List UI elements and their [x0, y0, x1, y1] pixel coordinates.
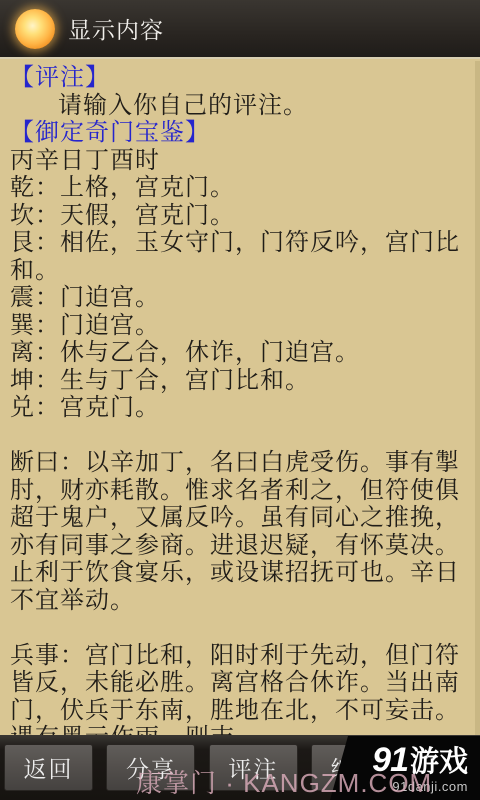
watermark-logo-wedge: 91游戏 91danji.com: [330, 736, 480, 800]
palace-line-li: 离：休与乙合，休诈，门迫宫。: [10, 339, 470, 367]
palace-line-qian: 乾：上格，宫克门。: [10, 174, 470, 202]
watermark-site-text: 91danji.com: [330, 779, 468, 794]
back-button[interactable]: 返回: [4, 744, 93, 791]
share-button[interactable]: 分享: [106, 744, 195, 791]
sun-icon: [15, 9, 55, 49]
palace-line-kan: 坎：天假，宫克门。: [10, 202, 470, 230]
content-scroll-area[interactable]: 【评注】 请输入你自己的评注。 【御定奇门宝鉴】 丙辛日丁酉时 乾：上格，宫克门…: [0, 61, 480, 735]
bottom-toolbar: 返回 分享 评注 编辑 91游戏 91danji.com: [0, 735, 480, 800]
chart-time-line: 丙辛日丁酉时: [10, 147, 470, 175]
palace-line-xun: 巽：门迫宫。: [10, 312, 470, 340]
logo-name-text: 游戏: [410, 746, 468, 778]
comment-placeholder-text: 请输入你自己的评注。: [10, 92, 470, 120]
book-section-header: 【御定奇门宝鉴】: [10, 119, 470, 147]
palace-line-zhen: 震：门迫宫。: [10, 284, 470, 312]
palace-line-gen: 艮：相佐，玉女守门，门符反吟，宫门比和。: [10, 229, 470, 284]
comment-button[interactable]: 评注: [209, 744, 298, 791]
military-paragraph: 兵事：宫门比和，阳时利于先动，但门符皆反，未能必胜。离宫格合休诈。当出南门，伏兵…: [10, 642, 470, 736]
91games-logo: 91游戏: [330, 743, 468, 784]
judgment-paragraph: 断曰：以辛加丁，名曰白虎受伤。事有掣肘，财亦耗散。惟求名者利之，但符使俱超于鬼户…: [10, 449, 470, 614]
app-screen: 显示内容 【评注】 请输入你自己的评注。 【御定奇门宝鉴】 丙辛日丁酉时 乾：上…: [0, 0, 480, 800]
palace-line-dui: 兑：宫克门。: [10, 394, 470, 422]
comment-section-header: 【评注】: [10, 64, 470, 92]
logo-number-text: 91: [372, 741, 408, 779]
palace-line-kun: 坤：生与丁合，宫门比和。: [10, 367, 470, 395]
title-bar: 显示内容: [0, 0, 480, 59]
page-title: 显示内容: [68, 12, 164, 45]
